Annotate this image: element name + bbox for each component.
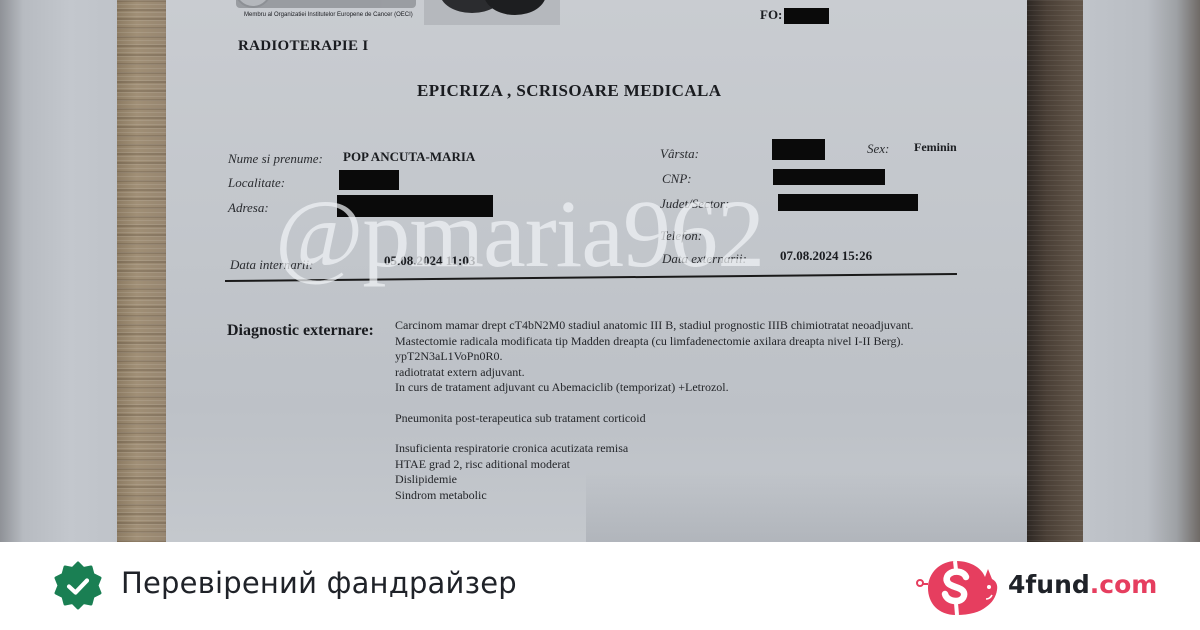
wooden-table-edge-right — [1027, 0, 1083, 542]
blurred-background-right — [1083, 0, 1200, 542]
blurred-background-left — [0, 0, 117, 542]
address-label: Adresa: — [228, 200, 269, 216]
diagnosis-line: HTAE grad 2, risc aditional moderat — [395, 457, 914, 473]
diagnosis-line: In curs de tratament adjuvant cu Abemaci… — [395, 380, 914, 396]
diagnosis-line: Carcinom mamar drept cT4bN2M0 stadiul an… — [395, 318, 914, 334]
brand-wordmark[interactable]: 4fund.com — [1008, 570, 1157, 599]
diagnosis-line: Mastectomie radicala modificata tip Madd… — [395, 334, 914, 350]
logo-caption: Membru al Organizatiei Institutelor Euro… — [244, 12, 413, 18]
discharge-value: 07.08.2024 15:26 — [780, 248, 872, 264]
institute-logo — [236, 0, 416, 8]
sex-label: Sex: — [867, 141, 889, 157]
diagnosis-line: Sindrom metabolic — [395, 488, 914, 504]
brand-tld: .com — [1090, 570, 1158, 599]
diagnosis-line: radiotratat extern adjuvant. — [395, 365, 914, 381]
wooden-table-edge-left — [117, 0, 166, 542]
redacted-age — [772, 139, 825, 160]
name-value: POP ANCUTA-MARIA — [343, 149, 475, 165]
document-title: EPICRIZA , SCRISOARE MEDICALA — [417, 81, 721, 101]
fo-label: FO: — [760, 7, 782, 23]
age-label: Vârsta: — [660, 146, 699, 162]
verified-badge-check-icon — [53, 561, 103, 611]
medical-document-paper: Membru al Organizatiei Institutelor Euro… — [166, 0, 1032, 542]
diagnosis-label: Diagnostic externare: — [227, 322, 374, 340]
redacted-fo — [784, 8, 829, 24]
department-heading: RADIOTERAPIE I — [238, 38, 368, 55]
redacted-county — [778, 194, 918, 211]
verified-fundraiser-label: Перевірений фандрайзер — [121, 566, 517, 600]
redacted-cnp — [773, 169, 885, 185]
name-label: Nume si prenume: — [228, 151, 323, 167]
brand-name: 4fund — [1008, 570, 1090, 599]
bottom-banner: Перевірений фандрайзер 4fund.com — [0, 542, 1200, 630]
watermark-text: @pmaria962 — [275, 186, 764, 282]
diagnosis-line: Insuficienta respiratorie cronica acutiz… — [395, 441, 914, 457]
piggy-bank-dollar-icon[interactable] — [916, 557, 1002, 617]
sex-value: Feminin — [914, 140, 957, 155]
diagnosis-line: Pneumonita post-terapeutica sub tratamen… — [395, 411, 914, 427]
document-photo: Membru al Organizatiei Institutelor Euro… — [0, 0, 1200, 542]
seal-logo — [424, 0, 560, 25]
diagnosis-list: Carcinom mamar drept cT4bN2M0 stadiul an… — [395, 318, 914, 503]
diagnosis-line: Dislipidemie — [395, 472, 914, 488]
diagnosis-line: ypT2N3aL1VoPn0R0. — [395, 349, 914, 365]
